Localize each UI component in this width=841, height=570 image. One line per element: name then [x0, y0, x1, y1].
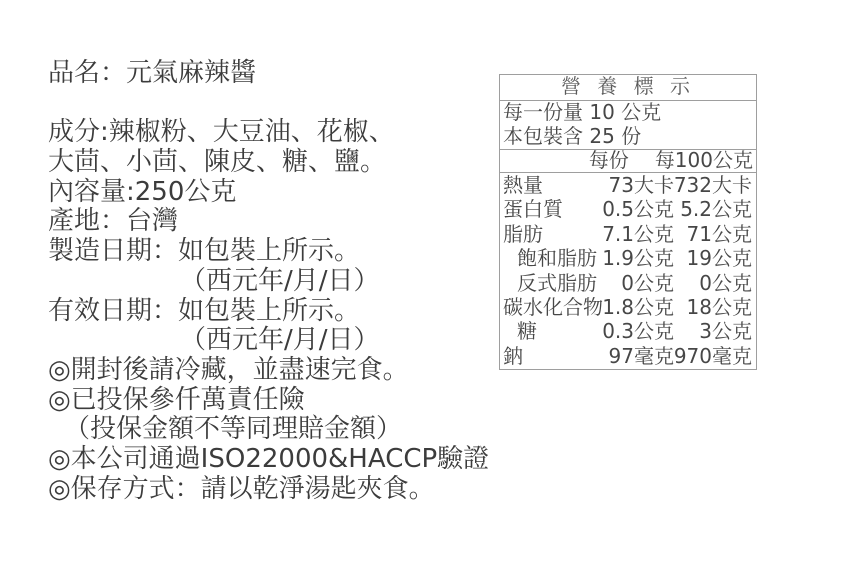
row-label: 飽和脂肪 [517, 246, 597, 270]
manufacture-date: 製造日期：如包裝上所示。 [48, 237, 508, 267]
row-value-per-100g: 71公克 [687, 222, 752, 246]
ingredients-line-1: 成分:辣椒粉、大豆油、花椒、 [48, 118, 508, 148]
row-label: 碳水化合物 [503, 295, 603, 319]
row-label: 鈉 [503, 344, 523, 368]
product-info-block: 品名：元氣麻辣醬 成分:辣椒粉、大豆油、花椒、 大茴、小茴、陳皮、糖、鹽。 內容… [48, 59, 508, 504]
row-label: 熱量 [503, 173, 543, 197]
row-label: 反式脂肪 [517, 271, 597, 295]
serving-method-note: ◎保存方式：請以乾淨湯匙夾食。 [48, 475, 508, 505]
row-value-per-serving: 0.5公克 [602, 197, 674, 221]
row-value-per-100g: 19公克 [687, 246, 752, 270]
row-value-per-serving: 73大卡 [609, 173, 674, 197]
nutrition-title: 營 養 標 示 [500, 75, 756, 101]
nutrition-rows: 熱量 73大卡 732大卡 蛋白質 0.5公克 5.2公克 脂肪 7.1公克 7… [500, 173, 756, 368]
manufacture-date-format: （西元年/月/日） [48, 267, 508, 297]
product-name: 品名：元氣麻辣醬 [48, 59, 508, 89]
expiry-date: 有效日期：如包裝上所示。 [48, 297, 508, 327]
storage-after-open-note: ◎開封後請冷藏，並盡速完食。 [48, 356, 508, 386]
row-value-per-serving: 1.8公克 [602, 295, 674, 319]
row-label: 脂肪 [503, 222, 543, 246]
expiry-date-format: （西元年/月/日） [48, 326, 508, 356]
row-value-per-100g: 732大卡 [674, 173, 752, 197]
net-weight: 內容量:250公克 [48, 178, 508, 208]
row-value-per-serving: 0公克 [621, 271, 674, 295]
insurance-disclaimer: （投保金額不等同理賠金額） [48, 415, 508, 445]
row-value-per-100g: 970毫克 [674, 344, 752, 368]
nutrition-row-protein: 蛋白質 0.5公克 5.2公克 [500, 197, 756, 221]
nutrition-row-saturated-fat: 飽和脂肪 1.9公克 19公克 [500, 246, 756, 270]
row-value-per-serving: 1.9公克 [602, 246, 674, 270]
row-label: 糖 [517, 319, 537, 343]
col-header-per-100g: 每100公克 [655, 150, 753, 172]
col-header-per-serving: 每份 [589, 150, 629, 172]
servings-per-pack-line: 本包裝含 25 份 [503, 125, 756, 149]
origin: 產地：台灣 [48, 207, 508, 237]
nutrition-table: 營 養 標 示 每一份量 10 公克 本包裝含 25 份 每份 每100公克 熱… [499, 74, 757, 370]
row-value-per-100g: 5.2公克 [680, 197, 752, 221]
row-value-per-100g: 18公克 [687, 295, 752, 319]
ingredients-line-2: 大茴、小茴、陳皮、糖、鹽。 [48, 148, 508, 178]
product-label: 品名：元氣麻辣醬 成分:辣椒粉、大豆油、花椒、 大茴、小茴、陳皮、糖、鹽。 內容… [0, 0, 841, 570]
nutrition-row-sodium: 鈉 97毫克 970毫克 [500, 344, 756, 368]
row-value-per-serving: 97毫克 [609, 344, 674, 368]
row-value-per-100g: 3公克 [699, 319, 752, 343]
nutrition-row-calories: 熱量 73大卡 732大卡 [500, 173, 756, 197]
insurance-note: ◎已投保參仟萬責任險 [48, 386, 508, 416]
row-label: 蛋白質 [503, 197, 563, 221]
row-value-per-serving: 7.1公克 [602, 222, 674, 246]
nutrition-column-headers: 每份 每100公克 [500, 150, 756, 173]
nutrition-row-carbohydrate: 碳水化合物 1.8公克 18公克 [500, 295, 756, 319]
nutrition-row-sugar: 糖 0.3公克 3公克 [500, 319, 756, 343]
row-value-per-serving: 0.3公克 [602, 319, 674, 343]
nutrition-serving-info: 每一份量 10 公克 本包裝含 25 份 [500, 101, 756, 150]
nutrition-row-fat: 脂肪 7.1公克 71公克 [500, 222, 756, 246]
certification-note: ◎本公司通過ISO22000&HACCP驗證 [48, 445, 508, 475]
nutrition-row-trans-fat: 反式脂肪 0公克 0公克 [500, 271, 756, 295]
row-value-per-100g: 0公克 [699, 271, 752, 295]
serving-size-line: 每一份量 10 公克 [503, 101, 756, 125]
